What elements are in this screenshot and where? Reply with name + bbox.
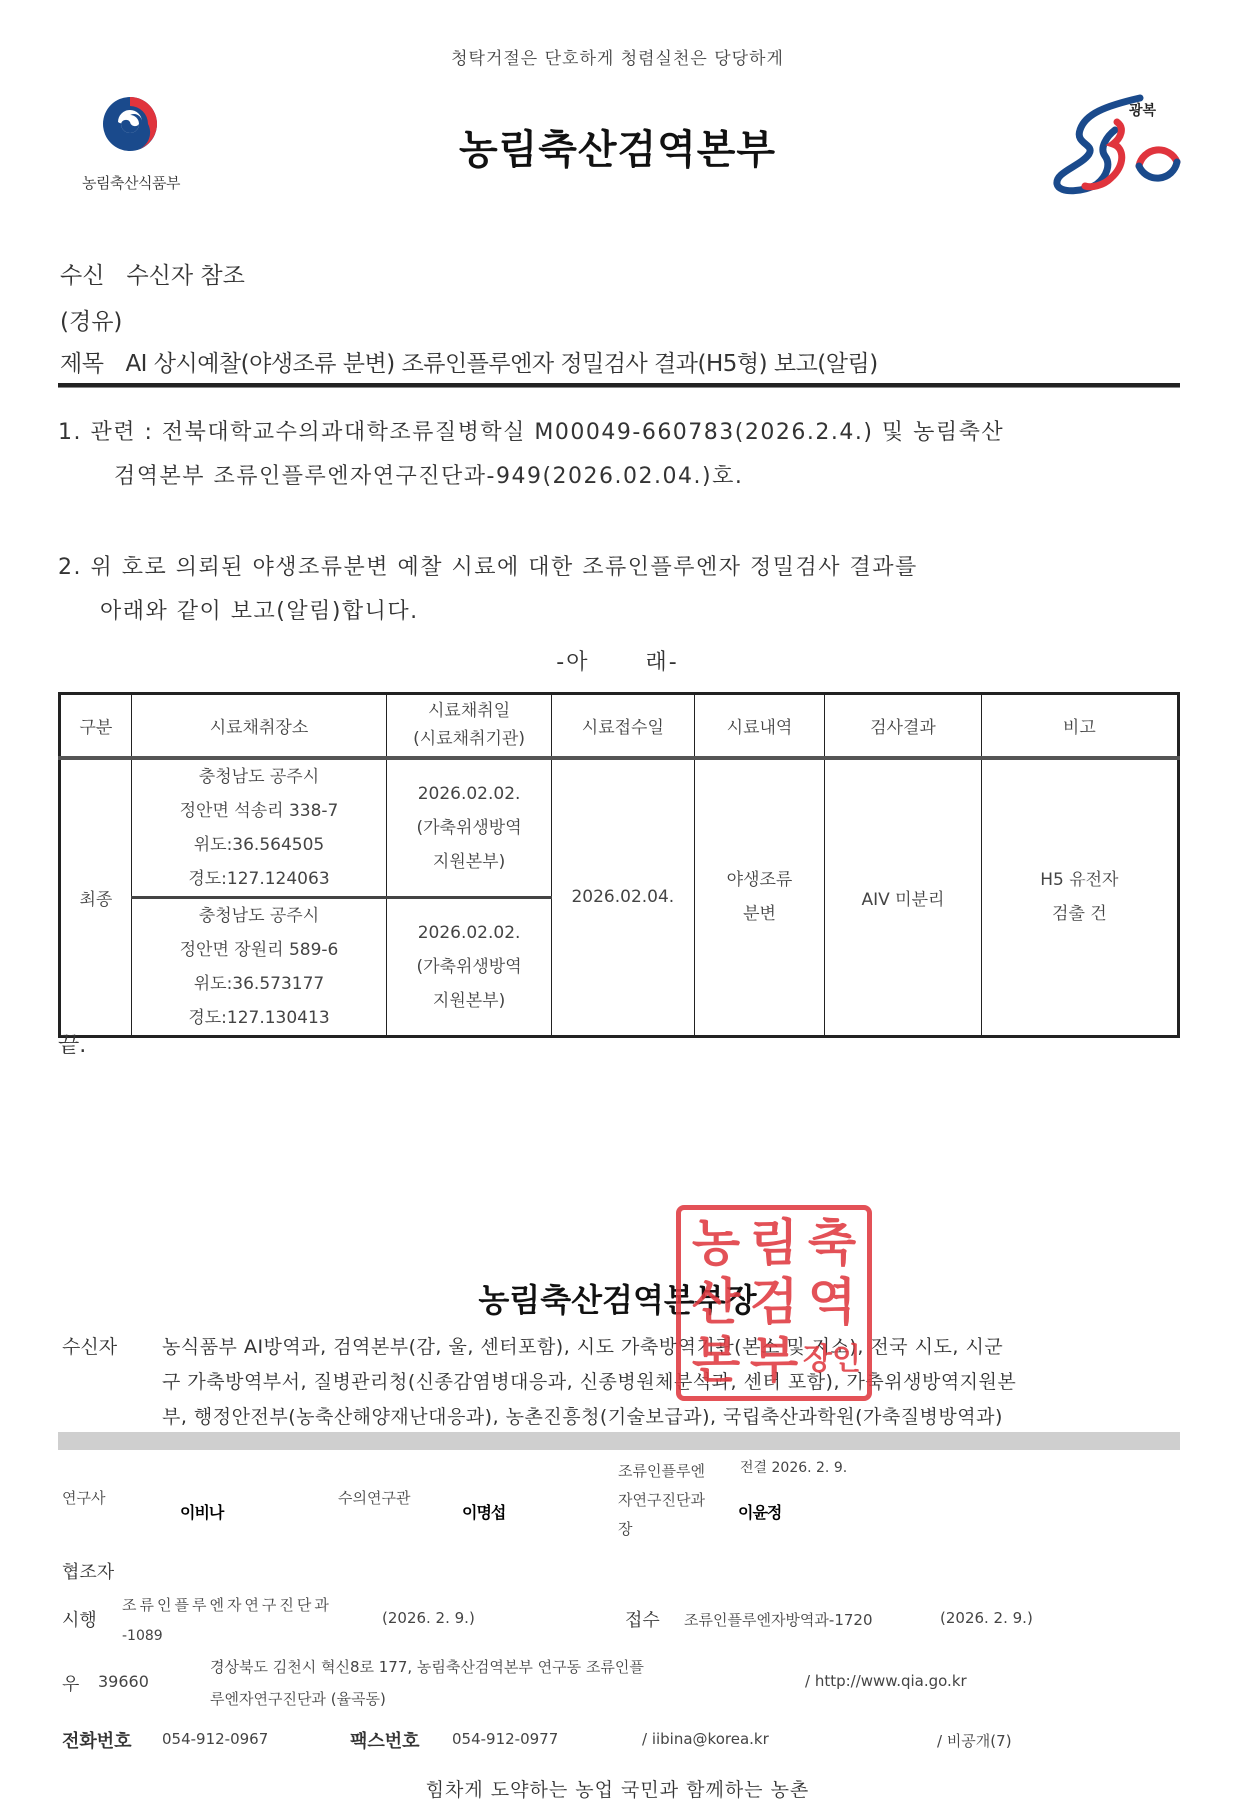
table-row: 최종 충청남도 공주시정안면 석송리 338-7위도:36.564505경도:1… bbox=[60, 758, 1179, 898]
receipt-number: 조류인플루엔자방역과-1720 bbox=[684, 1609, 873, 1630]
researcher-label: 연구사 bbox=[62, 1487, 105, 1508]
head-signature: 이윤정 bbox=[738, 1500, 781, 1523]
enforce-number: -1089 bbox=[122, 1628, 163, 1644]
location-cell: 충청남도 공주시정안면 석송리 338-7위도:36.564505경도:127.… bbox=[131, 758, 386, 898]
enforce-dept: 조류인플루엔자연구진단과 bbox=[122, 1594, 332, 1615]
below-heading-left: -아 bbox=[556, 645, 589, 676]
paragraph-2-line-2: 아래와 같이 보고(알림)합니다. bbox=[58, 590, 1180, 634]
collected-cell: 2026.02.02.(가축위생방역지원본부) bbox=[387, 897, 552, 1036]
phone-label: 전화번호 bbox=[62, 1727, 132, 1753]
recipient-value: 수신자 참조 bbox=[126, 263, 244, 289]
below-heading: -아래- bbox=[0, 645, 1235, 676]
recipients-block: 수신자 농식품부 AI방역과, 검역본부(감, 울, 센터포함), 시도 가축방… bbox=[62, 1330, 1182, 1435]
sample-cell: 야생조류분변 bbox=[694, 758, 825, 1037]
vet-signature: 이명섭 bbox=[462, 1500, 505, 1523]
recipients-line-2: 구 가축방역부서, 질병관리청(신종감염병대응과, 신종병원체분석과, 센터 포… bbox=[162, 1365, 1182, 1400]
head-label: 조류인플루엔자연구진단과장 bbox=[618, 1457, 705, 1544]
header-result: 검사결과 bbox=[825, 694, 981, 758]
address: 경상북도 김천시 혁신8로 177, 농림축산검역본부 연구동 조류인플루엔자연… bbox=[210, 1651, 644, 1715]
received-cell: 2026.02.04. bbox=[551, 758, 694, 1037]
header-location: 시료채취장소 bbox=[131, 694, 386, 758]
header-category: 구분 bbox=[60, 694, 132, 758]
header-rule bbox=[58, 383, 1180, 388]
enforce-date: (2026. 2. 9.) bbox=[382, 1609, 475, 1627]
category-cell: 최종 bbox=[60, 758, 132, 1037]
enforce-label: 시행 bbox=[62, 1606, 97, 1632]
motto: 힘차게 도약하는 농업 국민과 함께하는 농촌 bbox=[0, 1775, 1235, 1802]
postal-code: 39660 bbox=[98, 1672, 149, 1691]
header-sample: 시료내역 bbox=[694, 694, 825, 758]
paragraph-1: 1. 관련 : 전북대학교수의과대학조류질병학실 M00049-660783(2… bbox=[58, 411, 1180, 499]
receipt-label: 접수 bbox=[625, 1606, 660, 1632]
recipients-line-3: 부, 행정안전부(농축산해양재난대응과), 농촌진흥청(기술보급과), 국립축산… bbox=[162, 1400, 1182, 1435]
recipient-row: 수신수신자 참조 bbox=[60, 257, 245, 290]
phone-number: 054-912-0967 bbox=[162, 1730, 268, 1748]
fax-label: 팩스번호 bbox=[350, 1727, 420, 1753]
official-seal: 농림축 산검역 본부장인 bbox=[676, 1205, 872, 1401]
header-collected: 시료채취일(시료채취기관) bbox=[387, 694, 552, 758]
below-heading-right: 래- bbox=[646, 645, 679, 676]
location-cell: 충청남도 공주시정안면 장원리 589-6위도:36.573177경도:127.… bbox=[131, 897, 386, 1036]
header-received: 시료접수일 bbox=[551, 694, 694, 758]
slogan: 청탁거절은 단호하게 청렴실천은 당당하게 bbox=[0, 44, 1235, 69]
table-header-row: 구분 시료채취장소 시료채취일(시료채취기관) 시료접수일 시료내역 검사결과 … bbox=[60, 694, 1179, 758]
paragraph-2: 2. 위 호로 의뢰된 야생조류분변 예찰 시료에 대한 조류인플루엔자 정밀검… bbox=[58, 546, 1180, 634]
ministry-name: 농림축산식품부 bbox=[56, 172, 206, 193]
cooperator-label: 협조자 bbox=[62, 1558, 114, 1584]
researcher-signature: 이비나 bbox=[180, 1500, 223, 1523]
email-link[interactable]: / iibina@korea.kr bbox=[642, 1730, 769, 1748]
result-cell: AIV 미분리 bbox=[825, 758, 981, 1037]
end-mark: 끝. bbox=[58, 1028, 86, 1059]
paragraph-1-line-2: 검역본부 조류인플루엔자연구진단과-949(2026.02.04.)호. bbox=[58, 455, 1180, 499]
receipt-date: (2026. 2. 9.) bbox=[940, 1609, 1033, 1627]
collected-cell: 2026.02.02.(가축위생방역지원본부) bbox=[387, 758, 552, 898]
recipients-label: 수신자 bbox=[62, 1330, 117, 1365]
via-row: (경유) bbox=[60, 303, 122, 336]
results-table: 구분 시료채취장소 시료채취일(시료채취기관) 시료접수일 시료내역 검사결과 … bbox=[58, 692, 1180, 1038]
recipient-label: 수신 bbox=[60, 257, 104, 290]
liberation-80-logo: 광복 bbox=[1045, 92, 1185, 197]
header-remarks: 비고 bbox=[981, 694, 1178, 758]
liberation-caption: 광복 bbox=[1129, 100, 1156, 120]
signatory-title: 농림축산검역본부장 bbox=[0, 1275, 1235, 1321]
seal-characters: 농림축 산검역 본부장인 bbox=[687, 1214, 861, 1390]
recipients-line-1: 농식품부 AI방역과, 검역본부(감, 울, 센터포함), 시도 가축방역기관(… bbox=[162, 1330, 1182, 1365]
subject-label: 제목 bbox=[60, 345, 103, 378]
postal-label: 우 bbox=[62, 1670, 79, 1696]
remarks-cell: H5 유전자검출 건 bbox=[981, 758, 1178, 1037]
fax-number: 054-912-0977 bbox=[452, 1730, 558, 1748]
liberation-80th-icon bbox=[1045, 92, 1185, 197]
website-link[interactable]: / http://www.qia.go.kr bbox=[805, 1672, 967, 1690]
subject-value: AI 상시예찰(야생조류 분변) 조류인플루엔자 정밀검사 결과(H5형) 보고… bbox=[125, 351, 877, 377]
paragraph-1-line-1: 1. 관련 : 전북대학교수의과대학조류질병학실 M00049-660783(2… bbox=[58, 411, 1180, 455]
decision-date: 전결 2026. 2. 9. bbox=[740, 1457, 847, 1477]
paragraph-2-line-1: 2. 위 호로 의뢰된 야생조류분변 예찰 시료에 대한 조류인플루엔자 정밀검… bbox=[58, 546, 1180, 590]
via-label: (경유) bbox=[60, 309, 122, 335]
vet-label: 수의연구관 bbox=[338, 1487, 410, 1508]
subject-row: 제목AI 상시예찰(야생조류 분변) 조류인플루엔자 정밀검사 결과(H5형) … bbox=[60, 345, 878, 378]
disclosure-status: / 비공개(7) bbox=[937, 1730, 1012, 1751]
